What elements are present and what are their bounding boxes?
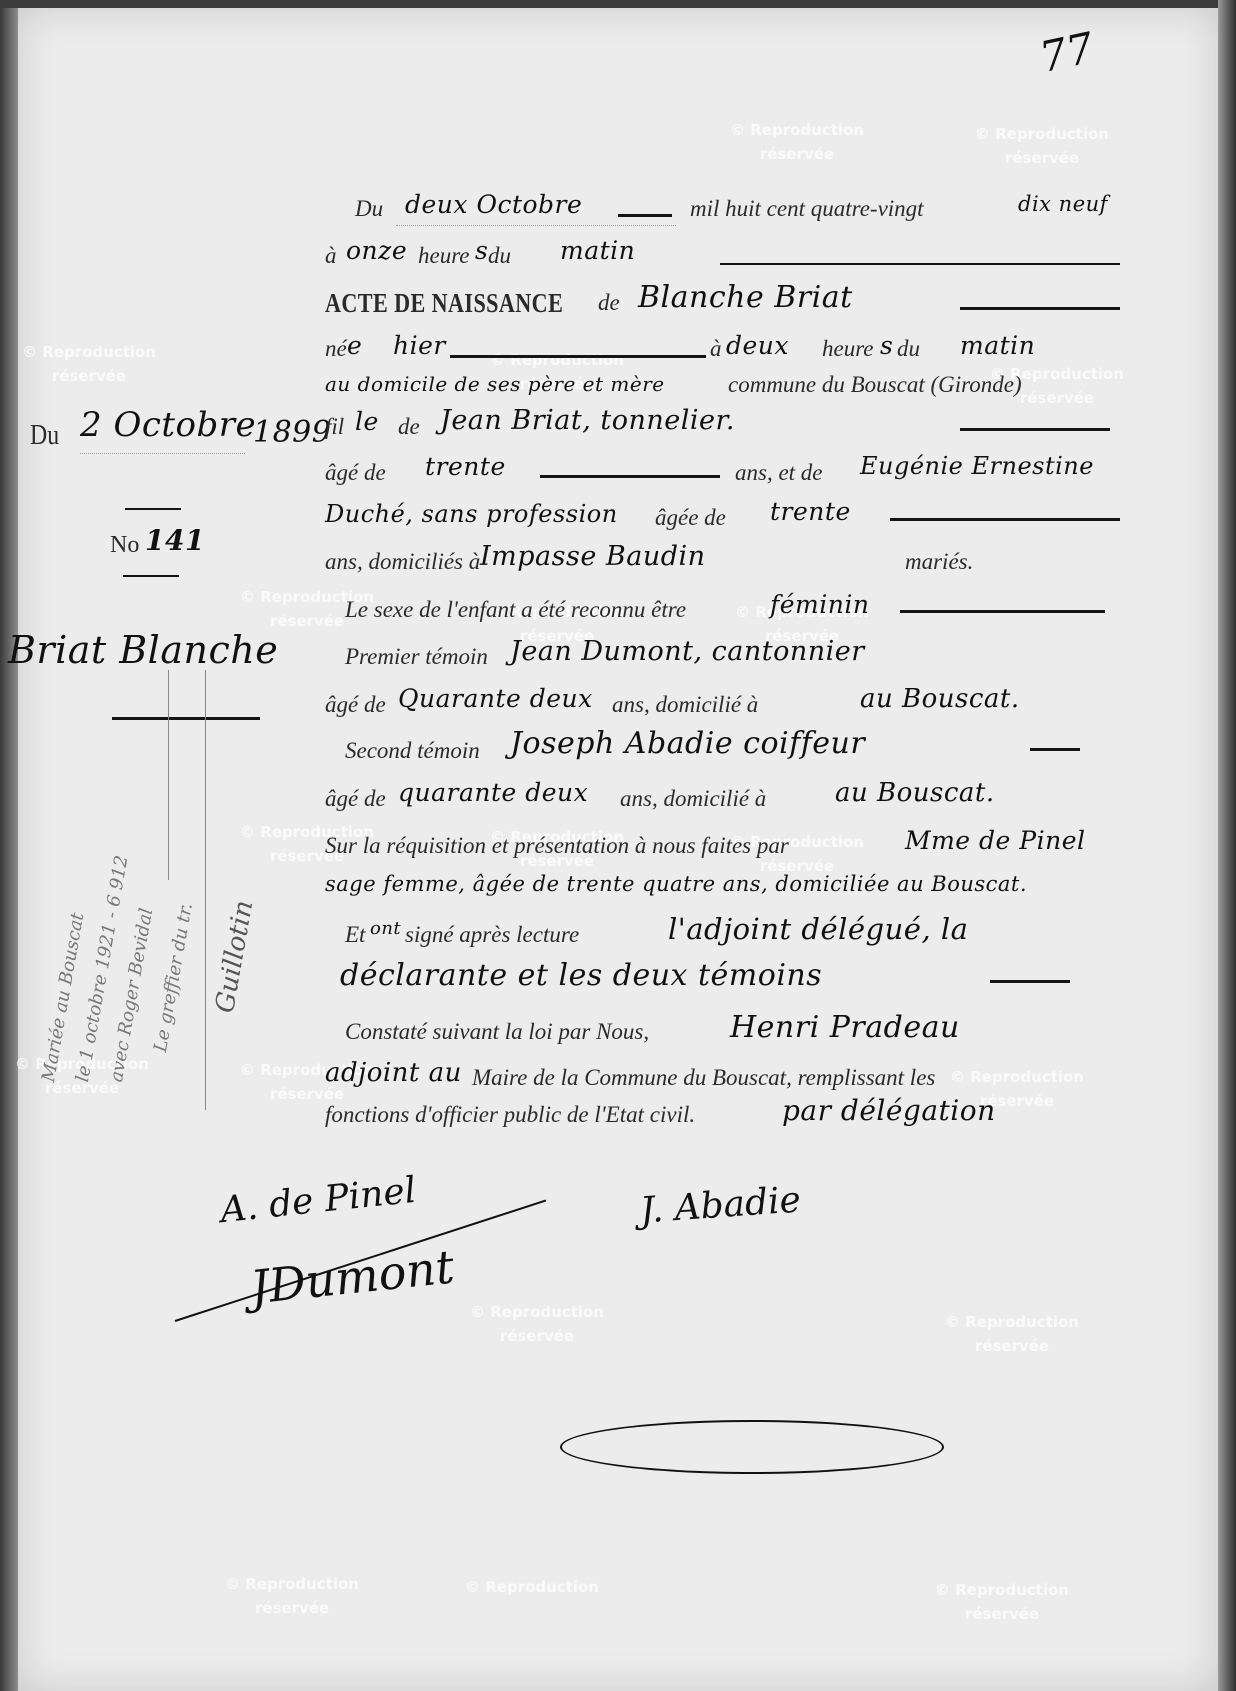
watermark: © Reproductionréservée <box>470 1300 604 1348</box>
book-binding <box>0 0 18 1691</box>
watermark: © Reproductionréservée <box>935 1578 1069 1626</box>
watermark: © Reproductionréservée <box>730 118 864 166</box>
page-top-edge <box>0 0 1236 8</box>
watermark: © Reproduction <box>465 1575 599 1599</box>
watermark: © Reproductionréservée <box>975 122 1109 170</box>
watermark: © Reproductionréservée <box>225 1572 359 1620</box>
watermark: © Reproductionréservée <box>945 1310 1079 1358</box>
margin-rule <box>112 717 260 720</box>
margin-rule <box>123 575 179 577</box>
signature-officer-flourish <box>560 1420 944 1474</box>
margin-subject-name: Briat Blanche <box>8 628 278 672</box>
page-right-edge <box>1218 0 1236 1691</box>
watermark: © Reproductionréservée <box>22 340 156 388</box>
margin-rule <box>125 508 181 510</box>
margin-pencil-line <box>168 670 169 880</box>
margin-pencil-line <box>205 670 206 1110</box>
